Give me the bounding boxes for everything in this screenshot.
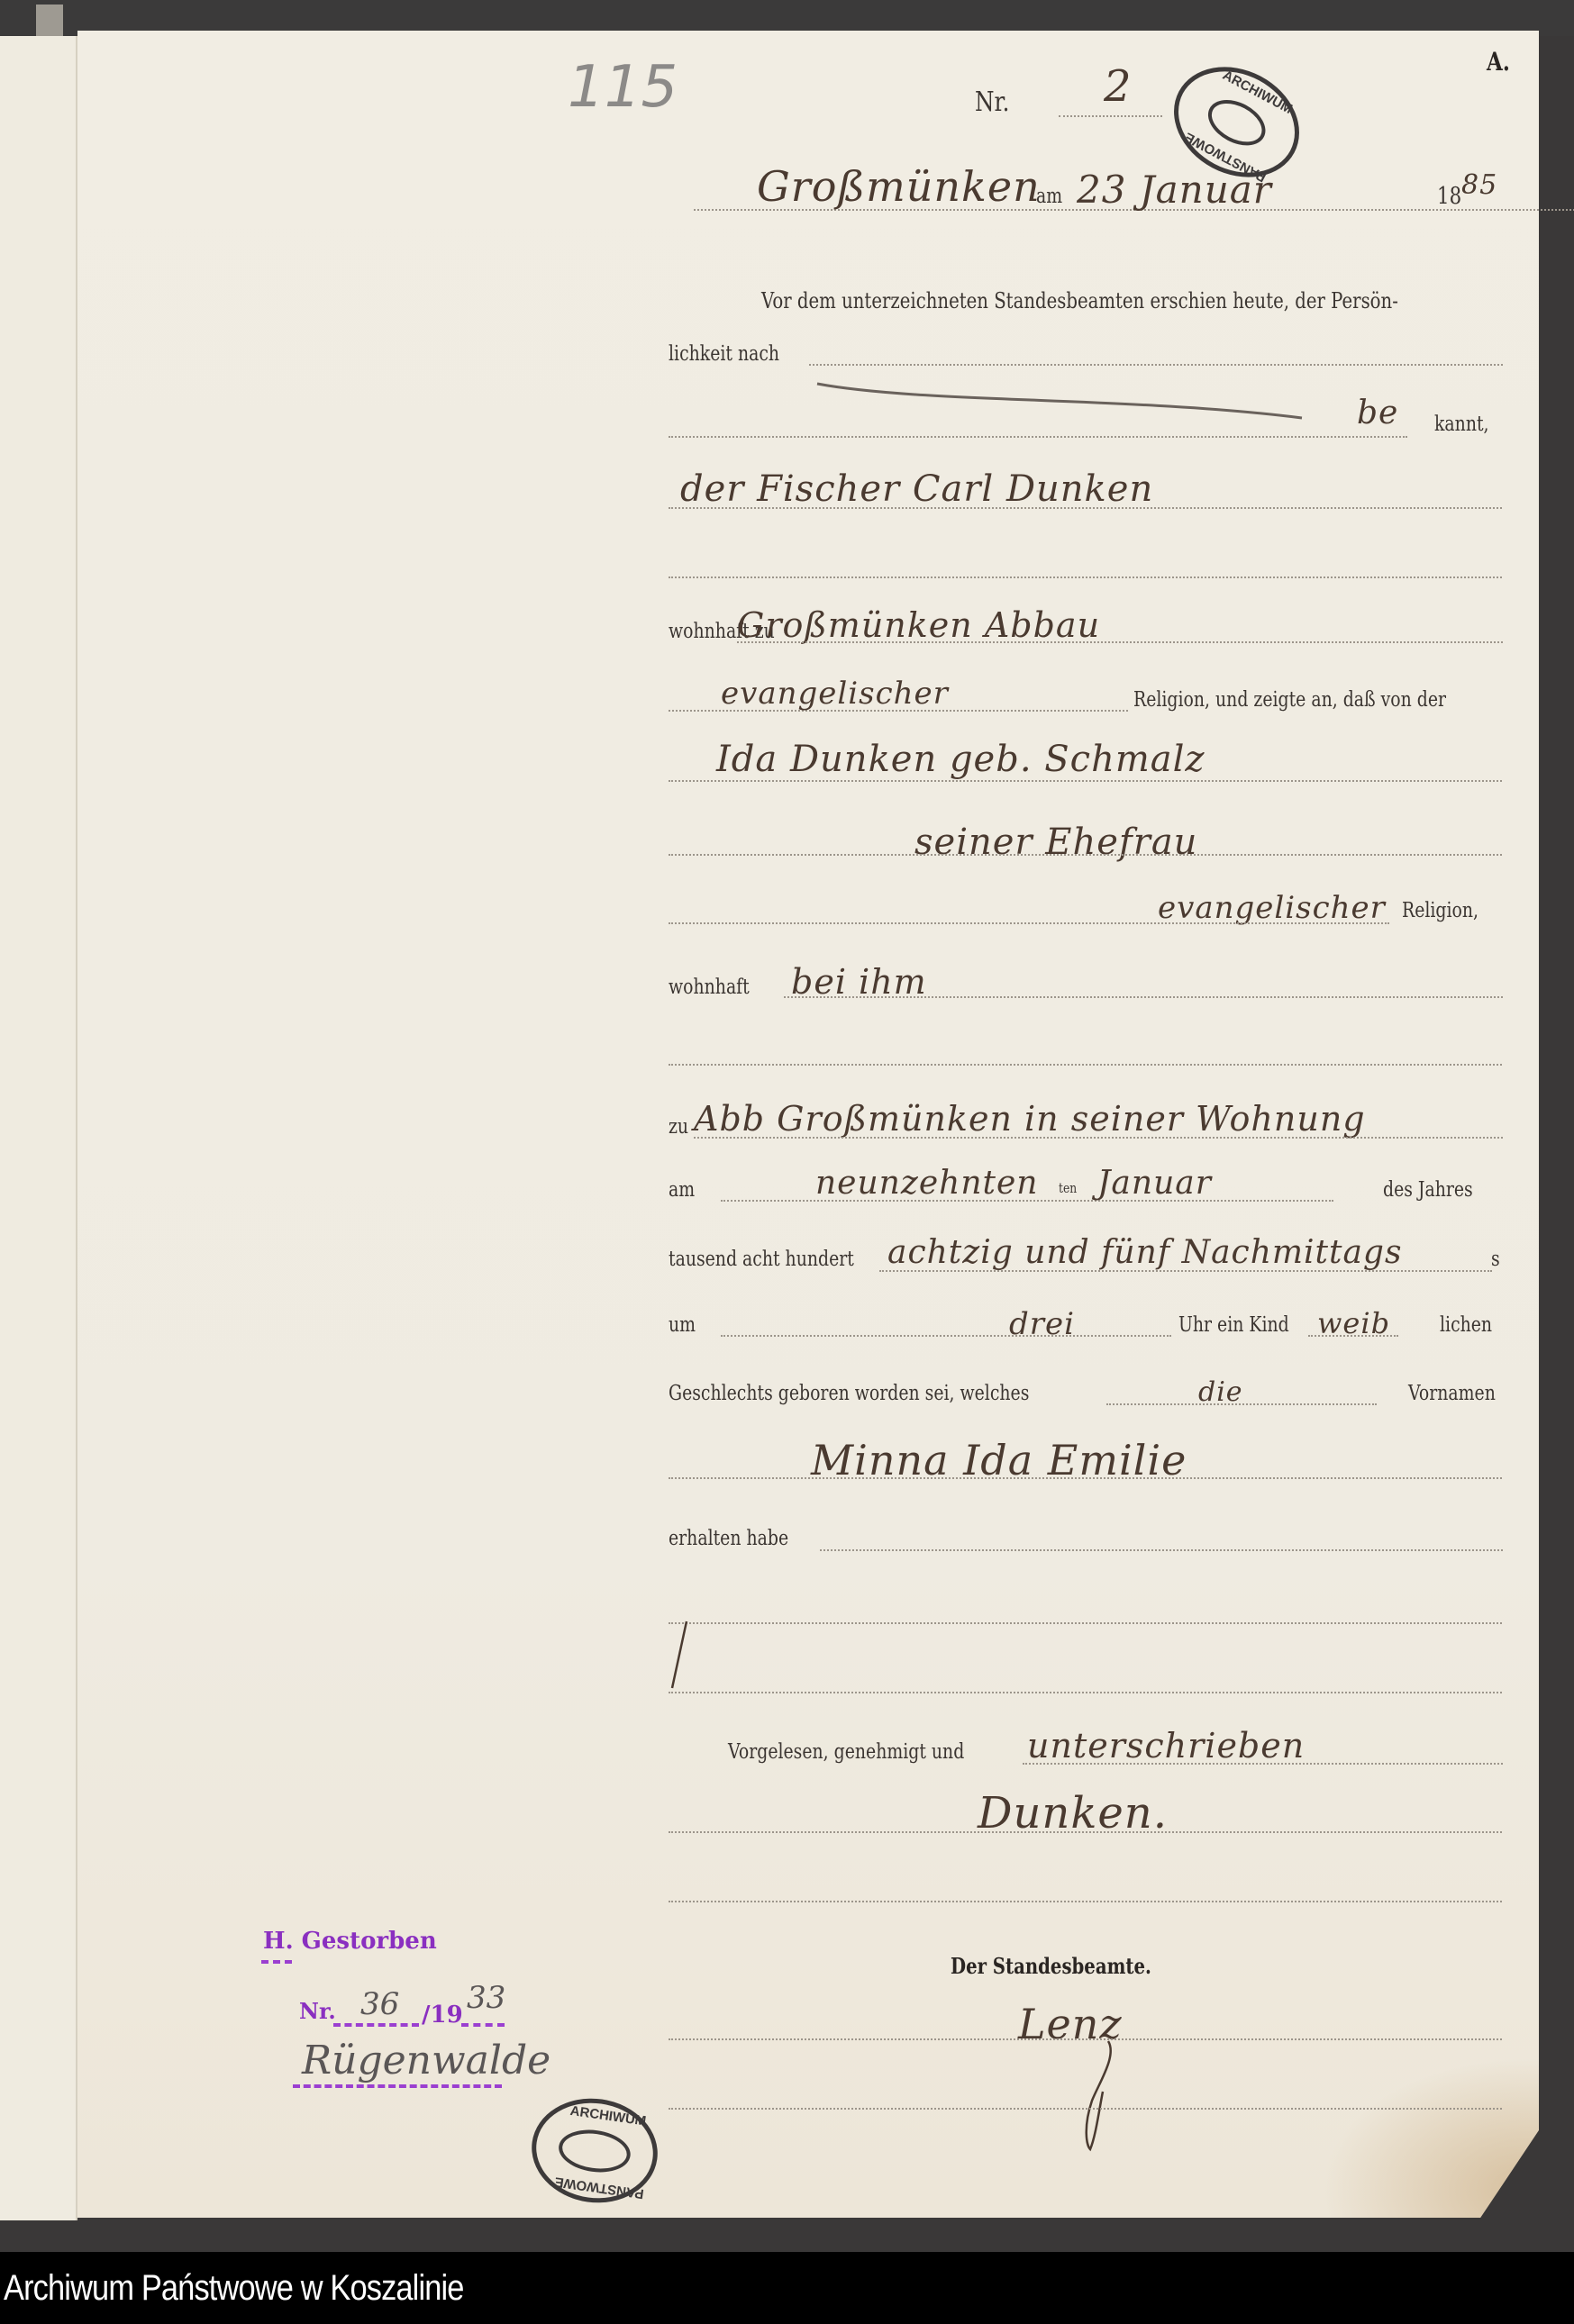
form-letter: A. [1487,47,1510,77]
record-number-label: Nr. [975,86,1009,118]
religion-handwritten-2: evangelischer [1158,890,1386,926]
relation-handwritten: seiner Ehefrau [914,822,1197,863]
strike-through-stroke [815,377,1320,422]
dotted-line [669,507,1502,509]
time-text: Uhr ein Kind [1178,1313,1289,1337]
year-suffix: 85 [1461,169,1497,201]
slash-mark [667,1620,694,1692]
time-handwritten: drei [1009,1306,1075,1342]
dotted-line [669,1064,1502,1066]
born-text: Geschlechts geboren worden sei, welches [669,1382,1029,1405]
article-handwritten: die [1198,1376,1243,1408]
dotted-line [669,1477,1502,1479]
identity-suffix-handwritten: be [1357,395,1398,431]
dotted-line [694,1137,1503,1139]
binding-thread [36,5,63,41]
death-nr-label: Nr. [299,1998,336,2024]
record-number: 2 [1104,61,1133,112]
religion-handwritten: evangelischer [721,676,949,712]
religion-text-2: Religion, [1402,899,1478,922]
dotted-line [1059,115,1162,117]
dotted-line [784,996,1503,998]
death-stamp-label: H. Gestorben [263,1928,437,1955]
intro-text: Vor dem unterzeichneten Standesbeamten e… [761,288,1398,313]
year-prefix: 18 [1437,183,1461,210]
registrar-label: Der Standesbeamte. [951,1953,1151,1979]
place-handwritten: Großmünken [757,162,1041,211]
water-stain [1321,2057,1574,2247]
identity-suffix: kannt, [1434,413,1489,436]
stamp-inner-oval [556,2125,633,2176]
folio-number: 115 [568,54,678,121]
birth-day-handwritten: neunzehnten [815,1165,1038,1202]
sex-suffix: lichen [1440,1313,1492,1337]
first-names-label: Vornamen [1408,1382,1496,1405]
received-label: erhalten habe [669,1527,788,1550]
dotted-line [669,436,1407,438]
archive-name: Archiwum Państwowe w Koszalinie [4,2268,464,2309]
purple-underline [293,2084,502,2088]
dotted-line [669,2038,1502,2040]
dotted-line [669,1831,1502,1833]
year-words-suffix: s [1491,1248,1500,1271]
death-nr-value: 36 [360,1986,399,2022]
dotted-line [809,364,1503,366]
religion-text: Religion, und zeigte an, daß von der [1133,688,1446,712]
time-label: um [669,1313,696,1337]
birth-day-suffix: ten [1059,1180,1077,1196]
birth-date-label: am [669,1178,695,1202]
year-words-label: tausend acht hundert [669,1248,854,1271]
signature-flourish [1072,2038,1126,2155]
dotted-line [669,1622,1502,1624]
birth-place-handwritten: Abb Großmünken in seiner Wohnung [694,1099,1366,1139]
residence-handwritten: Großmünken Abbau [737,605,1100,645]
birth-year-label: des Jahres [1383,1178,1473,1202]
sex-handwritten: weib [1317,1306,1390,1340]
identity-label: lichkeit nach [669,342,779,366]
purple-underline [261,1960,292,1964]
dotted-line [669,1901,1502,1902]
purple-underline [333,2023,419,2027]
dotted-line [669,1692,1502,1693]
archive-footer-bar: Archiwum Państwowe w Koszalinie [0,2252,1574,2324]
birth-month-handwritten: Januar [1097,1165,1212,1202]
date-handwritten: 23 Januar [1077,168,1272,212]
death-year-suffix: 33 [467,1980,505,2016]
dotted-line [669,854,1502,856]
read-label: Vorgelesen, genehmigt und [728,1740,964,1764]
date-connector: am [1036,185,1062,208]
dotted-line [669,922,1389,924]
dotted-line [669,576,1502,578]
birth-place-label: zu [669,1115,688,1139]
dotted-line [669,780,1502,782]
year-words-handwritten: achtzig und fünf Nachmittags [887,1234,1402,1271]
previous-page-edge [0,36,77,2220]
informant-handwritten: der Fischer Carl Dunken [680,468,1153,510]
read-handwritten: unterschrieben [1027,1726,1305,1766]
death-year-prefix: /19 [422,2002,463,2029]
dotted-line [669,2108,1502,2110]
dotted-line [737,641,1503,643]
purple-underline [461,2023,505,2027]
dotted-line [820,1549,1503,1551]
dotted-line [721,1335,1171,1337]
mother-residence-label: wohnhaft [669,976,750,999]
mother-handwritten: Ida Dunken geb. Schmalz [716,739,1205,780]
death-place: Rügenwalde [302,2038,550,2083]
